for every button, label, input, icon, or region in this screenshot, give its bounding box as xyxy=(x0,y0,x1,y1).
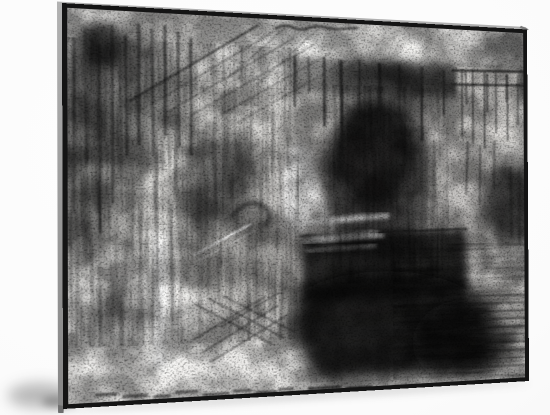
artwork-grain xyxy=(62,3,529,409)
artwork-painting xyxy=(62,3,529,409)
scene xyxy=(0,0,550,415)
canvas-print xyxy=(62,3,529,409)
